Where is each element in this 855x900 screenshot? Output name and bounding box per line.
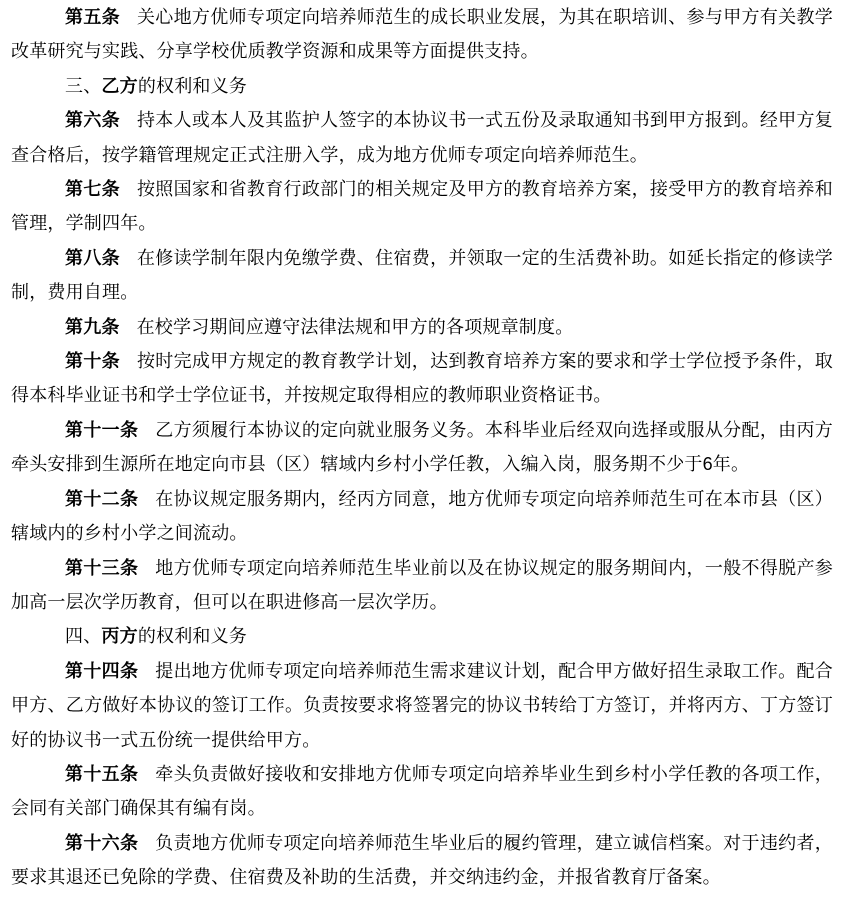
article-9-text: 在校学习期间应遵守法律法规和甲方的各项规章制度。 bbox=[137, 317, 574, 337]
article-5: 第五条关心地方优师专项定向培养师范生的成长职业发展，为其在职培训、参与甲方有关教… bbox=[11, 0, 833, 69]
article-12-label: 第十二条 bbox=[65, 489, 138, 509]
article-9-label: 第九条 bbox=[65, 317, 120, 337]
article-13-label: 第十三条 bbox=[65, 558, 138, 578]
article-14: 第十四条提出地方优师专项定向培养师范生需求建议计划，配合甲方做好招生录取工作。配… bbox=[11, 654, 833, 757]
article-12: 第十二条在协议规定服务期内，经丙方同意，地方优师专项定向培养师范生可在本市县（区… bbox=[11, 482, 833, 551]
article-7-text: 按照国家和省教育行政部门的相关规定及甲方的教育培养方案，接受甲方的教育培养和管理… bbox=[11, 179, 833, 233]
article-10: 第十条按时完成甲方规定的教育教学计划，达到教育培养方案的要求和学士学位授予条件，… bbox=[11, 344, 833, 413]
section-heading-4-prefix: 四、 bbox=[65, 626, 101, 646]
article-6-label: 第六条 bbox=[65, 110, 120, 130]
article-11-label: 第十一条 bbox=[65, 420, 138, 440]
article-8-text: 在修读学制年限内免缴学费、住宿费，并领取一定的生活费补助。如延长指定的修读学制，… bbox=[11, 248, 833, 302]
article-10-label: 第十条 bbox=[65, 351, 120, 371]
article-8: 第八条在修读学制年限内免缴学费、住宿费，并领取一定的生活费补助。如延长指定的修读… bbox=[11, 241, 833, 310]
article-7-label: 第七条 bbox=[65, 179, 120, 199]
article-9: 第九条在校学习期间应遵守法律法规和甲方的各项规章制度。 bbox=[11, 310, 833, 344]
article-10-text: 按时完成甲方规定的教育教学计划，达到教育培养方案的要求和学士学位授予条件，取得本… bbox=[11, 351, 833, 405]
article-16: 第十六条负责地方优师专项定向培养师范生毕业后的履约管理，建立诚信档案。对于违约者… bbox=[11, 826, 833, 895]
article-5-label: 第五条 bbox=[65, 7, 120, 27]
article-8-label: 第八条 bbox=[65, 248, 120, 268]
section-heading-4-party: 丙方 bbox=[101, 626, 137, 646]
article-5-text: 关心地方优师专项定向培养师范生的成长职业发展，为其在职培训、参与甲方有关教学改革… bbox=[11, 7, 833, 61]
article-6-text: 持本人或本人及其监护人签字的本协议书一式五份及录取通知书到甲方报到。经甲方复查合… bbox=[11, 110, 833, 164]
article-14-label: 第十四条 bbox=[65, 661, 138, 681]
article-6: 第六条持本人或本人及其监护人签字的本协议书一式五份及录取通知书到甲方报到。经甲方… bbox=[11, 103, 833, 172]
article-15-label: 第十五条 bbox=[65, 764, 138, 784]
section-heading-3-suffix: 的权利和义务 bbox=[138, 76, 247, 96]
section-heading-3-party: 乙方 bbox=[101, 76, 137, 96]
section-heading-4: 四、丙方的权利和义务 bbox=[11, 619, 833, 653]
section-heading-3: 三、乙方的权利和义务 bbox=[11, 69, 833, 103]
agreement-document-page: 第五条关心地方优师专项定向培养师范生的成长职业发展，为其在职培训、参与甲方有关教… bbox=[0, 0, 855, 900]
article-11: 第十一条乙方须履行本协议的定向就业服务义务。本科毕业后经双向选择或服从分配，由丙… bbox=[11, 413, 833, 482]
article-13: 第十三条地方优师专项定向培养师范生毕业前以及在协议规定的服务期间内，一般不得脱产… bbox=[11, 551, 833, 620]
article-16-label: 第十六条 bbox=[65, 833, 138, 853]
section-heading-4-suffix: 的权利和义务 bbox=[138, 626, 247, 646]
section-heading-3-prefix: 三、 bbox=[65, 76, 101, 96]
article-15: 第十五条牵头负责做好接收和安排地方优师专项定向培养毕业生到乡村小学任教的各项工作… bbox=[11, 757, 833, 826]
article-7: 第七条按照国家和省教育行政部门的相关规定及甲方的教育培养方案，接受甲方的教育培养… bbox=[11, 172, 833, 241]
